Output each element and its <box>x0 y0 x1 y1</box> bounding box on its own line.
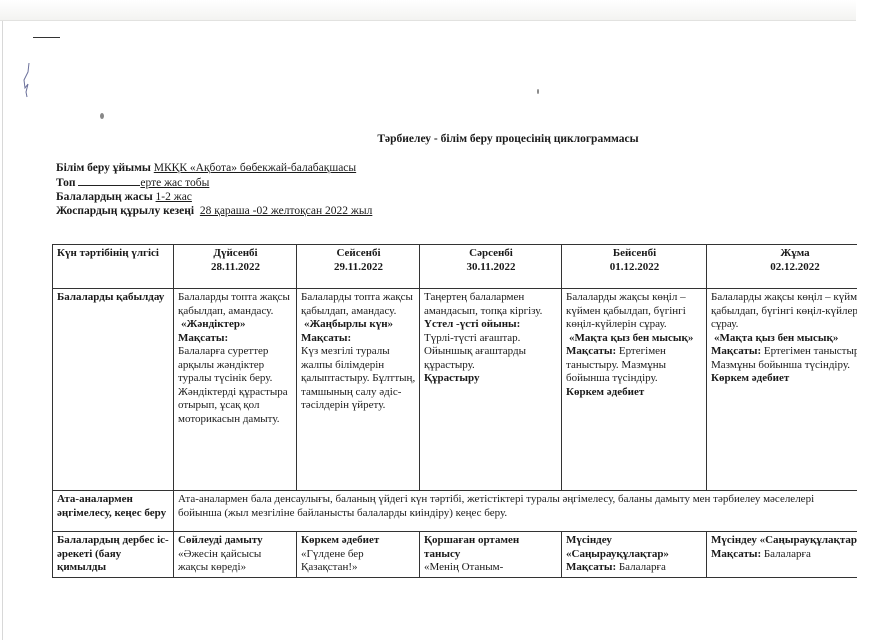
cell-intro: Балаларды жақсы көңіл – күймен қабылдап,… <box>566 291 703 332</box>
cell-topic: «Жәндіктер» <box>178 318 293 332</box>
header-day: Дүйсенбі28.11.2022 <box>174 245 297 289</box>
meta-label: Балалардың жасы <box>56 191 153 203</box>
header-day: Сәрсенбі30.11.2022 <box>420 245 562 289</box>
table-cell: Көркем әдебиет «Гүлдене бер Қазақстан!» <box>297 532 420 578</box>
scan-mark <box>33 37 60 38</box>
table-cell: Таңертең балалармен амандасып, топқа кір… <box>420 289 562 491</box>
cell-subject: Мүсіндеу «Саңырауқұлақтар» <box>711 534 876 548</box>
table-cell: Балаларды жақсы көңіл – күймен қабылдап,… <box>707 289 876 491</box>
day-name: Бейсенбі <box>566 247 703 261</box>
meta-value: МКҚК «Ақбота» бөбекжай-балабақшасы <box>154 162 356 174</box>
cell-intro: Таңертең балалармен амандасып, топқа кір… <box>424 291 558 318</box>
table-cell: Мүсіндеу «Саңырауқұлақтар» Мақсаты: Бала… <box>562 532 707 578</box>
table-cell: Балаларды топта жақсы қабылдап, амандасу… <box>297 289 420 491</box>
day-name: Сәрсенбі <box>424 247 558 261</box>
table-cell: Мүсіндеу «Саңырауқұлақтар» Мақсаты: Бала… <box>707 532 876 578</box>
cell-goal-label: Мақсаты: <box>178 332 293 346</box>
meta-group: Топ ерте жас тобы <box>56 175 372 190</box>
cell-topic: «Мақта қыз бен мысық» <box>566 332 703 346</box>
meta-value: 28 қараша -02 желтоқсан 2022 жыл <box>200 205 372 217</box>
table-cell: Қоршаған ортамен танысу «Менің Отаным- <box>420 532 562 578</box>
day-date: 28.11.2022 <box>178 261 293 275</box>
group-name-blank <box>78 175 140 186</box>
cell-goal-label: Мақсаты: <box>711 345 761 357</box>
cell-goal: Балаларға суреттер арқылы жәндіктер тура… <box>178 345 293 426</box>
day-date: 01.12.2022 <box>566 261 703 275</box>
cell-goal-label: Мақсаты: <box>711 548 761 560</box>
cell-intro: Балаларды топта жақсы қабылдап, амандасу… <box>178 291 293 318</box>
meta-label: Жоспардың құрылу кезеңі <box>56 205 194 217</box>
header-routine: Күн тәртібінің үлгісі <box>53 245 174 289</box>
cell-text: Балаларға <box>764 548 811 560</box>
table-cell: Сөйлеуді дамыту «Әжесін қайсысы жақсы кө… <box>174 532 297 578</box>
day-name: Сейсенбі <box>301 247 416 261</box>
meta-label: Білім беру ұйымы <box>56 162 151 174</box>
table-cell: Балаларды жақсы көңіл – күймен қабылдап,… <box>562 289 707 491</box>
document-title: Тәрбиелеу - білім беру процесінің циклог… <box>0 133 876 145</box>
scan-speck <box>100 113 104 119</box>
day-date: 02.12.2022 <box>711 261 876 275</box>
meta-label: Топ <box>56 177 76 189</box>
cell-text: Балаларға <box>619 561 666 573</box>
cell-goal: Түрлі-түсті ағаштар. Ойыншық ағаштарды қ… <box>424 332 558 373</box>
cell-subject: Қоршаған ортамен танысу <box>424 534 558 561</box>
cell-intro: Балаларды жақсы көңіл – күймен қабылдап,… <box>711 291 876 332</box>
table-header-row: Күн тәртібінің үлгісі Дүйсенбі28.11.2022… <box>53 245 876 289</box>
cell-footer: Құрастыру <box>424 372 558 386</box>
page-right-edge <box>857 230 876 590</box>
cell-text: «Әжесін қайсысы жақсы көреді» <box>178 548 293 575</box>
day-name: Дүйсенбі <box>178 247 293 261</box>
day-date: 29.11.2022 <box>301 261 416 275</box>
row-label: Ата-аналармен әңгімелесу, кеңес беру <box>53 491 174 532</box>
cell-footer: Көркем әдебиет <box>711 372 876 386</box>
cell-topic: «Жаңбырлы күн» <box>301 318 416 332</box>
document-meta: Білім беру ұйымы МКҚК «Ақбота» бөбекжай-… <box>56 161 372 218</box>
table-cell: Балаларды топта жақсы қабылдап, амандасу… <box>174 289 297 491</box>
cell-goal-label: Мақсаты: <box>566 345 616 357</box>
scan-top-edge <box>0 0 856 21</box>
cell-footer: Көркем әдебиет <box>566 386 703 400</box>
day-name: Жұма <box>711 247 876 261</box>
day-date: 30.11.2022 <box>424 261 558 275</box>
meta-age: Балалардың жасы 1-2 жас <box>56 190 372 204</box>
header-day: Жұма02.12.2022 <box>707 245 876 289</box>
header-day: Сейсенбі29.11.2022 <box>297 245 420 289</box>
cell-subject: Көркем әдебиет <box>301 534 416 548</box>
cell-subject: Мүсіндеу «Саңырауқұлақтар» <box>566 534 703 561</box>
meta-value: 1-2 жас <box>156 191 192 203</box>
row-label: Балаларды қабылдау <box>53 289 174 491</box>
cell-text: «Гүлдене бер Қазақстан!» <box>301 548 416 575</box>
cell-topic: Үстел -үсті ойыны: <box>424 318 558 332</box>
header-day: Бейсенбі01.12.2022 <box>562 245 707 289</box>
row-label: Балалардың дербес іс-әрекеті (баяу қимыл… <box>53 532 174 578</box>
cell-goal-label: Мақсаты: <box>301 332 416 346</box>
meta-value: ерте жас тобы <box>140 177 209 189</box>
cell-text: «Менің Отаным- <box>424 561 558 575</box>
meta-organization: Білім беру ұйымы МКҚК «Ақбота» бөбекжай-… <box>56 161 372 175</box>
cell-goal-label: Мақсаты: <box>566 561 616 573</box>
table-row: Ата-аналармен әңгімелесу, кеңес беру Ата… <box>53 491 876 532</box>
cyclogram-table: Күн тәртібінің үлгісі Дүйсенбі28.11.2022… <box>52 244 876 578</box>
table-row: Балалардың дербес іс-әрекеті (баяу қимыл… <box>53 532 876 578</box>
signature-mark-icon <box>22 62 32 98</box>
cell-goal: Күз мезгілі туралы жалпы білімдерін қалы… <box>301 345 416 413</box>
cell-intro: Балаларды топта жақсы қабылдап, амандасу… <box>301 291 416 318</box>
table-row: Балаларды қабылдау Балаларды топта жақсы… <box>53 289 876 491</box>
merged-cell: Ата-аналармен бала денсаулығы, баланың ү… <box>174 491 876 532</box>
meta-period: Жоспардың құрылу кезеңі 28 қараша -02 же… <box>56 204 372 218</box>
scan-speck <box>537 89 539 94</box>
cell-topic: «Мақта қыз бен мысық» <box>711 332 876 346</box>
cell-subject: Сөйлеуді дамыту <box>178 534 293 548</box>
